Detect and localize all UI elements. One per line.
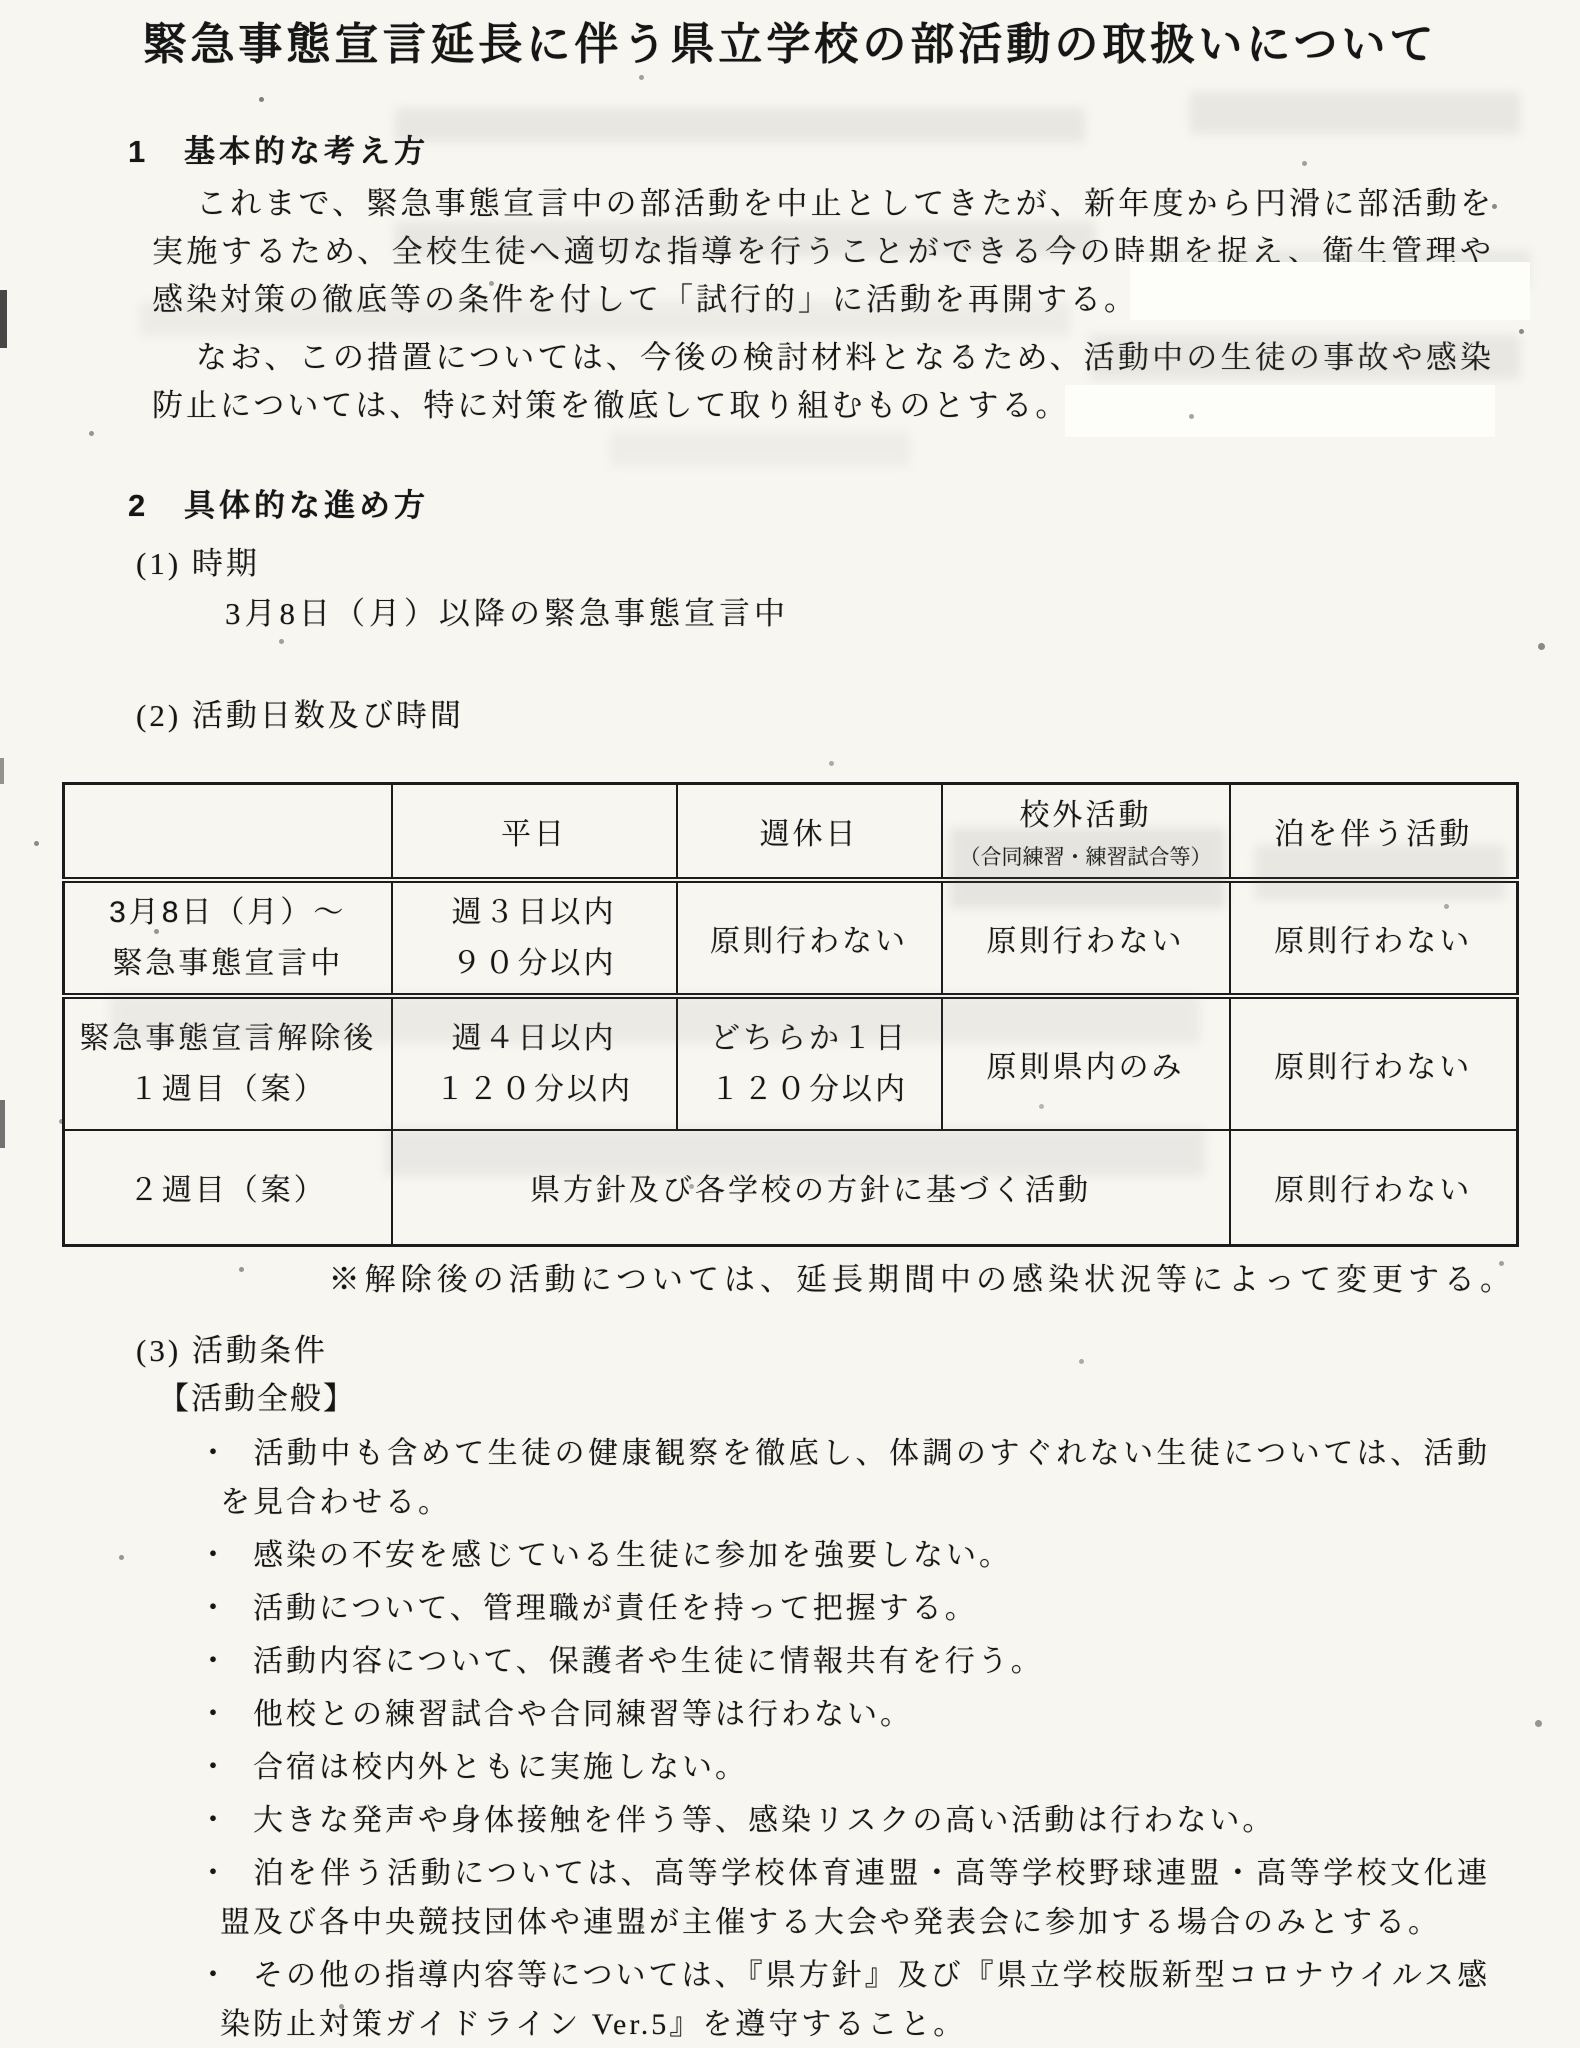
row2-offsite-cell: 原則県内のみ [942,996,1230,1130]
table-header-empty [64,784,392,880]
table-header-offsite-sub: （合同練習・練習試合等） [949,843,1223,872]
section2-number: 2 [128,486,184,526]
list-item: ・大きな発声や身体接触を伴う等、感染リスクの高い活動は行わない。 [198,1796,1490,1845]
table-header-overnight: 泊を伴う活動 [1230,784,1518,880]
list-item-text: 活動中も含めて生徒の健康観察を徹底し、体調のすぐれない生徒については、活動を見合… [220,1437,1490,1519]
row1-period-line2: 緊急事態宣言中 [71,938,385,989]
row1-weekday-cell: 週３日以内 ９０分以内 [392,880,677,996]
list-item: ・感染の不安を感じている生徒に参加を強要しない。 [198,1531,1490,1580]
list-item: ・その他の指導内容等については、『県方針』及び『県立学校版新型コロナウイルス感染… [198,1951,1490,2048]
row2-weekday-line2: １２０分以内 [399,1064,670,1115]
table-header-offsite: 校外活動 （合同練習・練習試合等） [942,784,1230,880]
document-title: 緊急事態宣言延長に伴う県立学校の部活動の取扱いについて [0,0,1580,74]
row2-period-line1: 緊急事態宣言解除後 [71,1013,385,1064]
list-item-text: 活動について、管理職が責任を持って把握する。 [253,1592,978,1625]
row2-weekday-cell: 週４日以内 １２０分以内 [392,996,677,1130]
row1-weekend-cell: 原則行わない [677,880,942,996]
list-item-text: 大きな発声や身体接触を伴う等、感染リスクの高い活動は行わない。 [253,1804,1275,1837]
table-header-weekday: 平日 [392,784,677,880]
section1-heading: 1基本的な考え方 [128,132,1580,172]
table-header-offsite-main: 校外活動 [949,790,1223,841]
row2-weekend-line1: どちらか１日 [684,1013,935,1064]
row1-period-cell: 3月8日（月）～ 緊急事態宣言中 [64,880,392,996]
list-item: ・活動内容について、保護者や生徒に情報共有を行う。 [198,1637,1490,1686]
list-item: ・他校との練習試合や合同練習等は行わない。 [198,1690,1490,1739]
bullet-icon: ・ [198,1539,231,1572]
scan-edge-mark [0,290,7,348]
item2-label: (2) 活動日数及び時間 [136,696,1580,736]
section2-heading: 2具体的な進め方 [128,486,1580,526]
row1-overnight-cell: 原則行わない [1230,880,1518,996]
bleedthrough-ghost [610,432,910,466]
bullet-icon: ・ [198,1804,231,1837]
bullet-icon: ・ [198,1698,231,1731]
bullet-icon: ・ [198,1751,231,1784]
row3-merged-policy-cell: 県方針及び各学校の方針に基づく活動 [392,1130,1230,1246]
section1-heading-label: 基本的な考え方 [184,134,429,169]
section1-paragraph2: なお、この措置については、今後の検討材料となるため、活動中の生徒の事故や感染防止… [152,334,1494,430]
activity-conditions-list: ・活動中も含めて生徒の健康観察を徹底し、体調のすぐれない生徒については、活動を見… [0,1429,1580,2048]
section1-number: 1 [128,132,184,172]
scanned-document-page: 緊急事態宣言延長に伴う県立学校の部活動の取扱いについて 1基本的な考え方 これま… [0,0,1580,2048]
scan-edge-mark [0,1100,5,1148]
row2-weekend-cell: どちらか１日 １２０分以内 [677,996,942,1130]
row1-weekday-line2: ９０分以内 [399,938,670,989]
list-item-text: 泊を伴う活動については、高等学校体育連盟・高等学校野球連盟・高等学校文化連盟及び… [220,1857,1490,1939]
table-row-week2-after-lift: ２週目（案） 県方針及び各学校の方針に基づく活動 原則行わない [64,1130,1518,1246]
table-footnote: ※解除後の活動については、延長期間中の感染状況等によって変更する。 [0,1259,1516,1301]
list-item: ・泊を伴う活動については、高等学校体育連盟・高等学校野球連盟・高等学校文化連盟及… [198,1849,1490,1947]
row2-overnight-cell: 原則行わない [1230,996,1518,1130]
activity-general-group-label: 【活動全般】 [158,1379,1580,1419]
table-row-emergency-period: 3月8日（月）～ 緊急事態宣言中 週３日以内 ９０分以内 原則行わない 原則行わ… [64,880,1518,996]
row1-offsite-cell: 原則行わない [942,880,1230,996]
list-item-text: その他の指導内容等については、『県方針』及び『県立学校版新型コロナウイルス感染防… [220,1959,1490,2041]
item3-label: (3) 活動条件 [136,1331,1580,1371]
list-item-text: 他校との練習試合や合同練習等は行わない。 [253,1698,913,1731]
bullet-icon: ・ [198,1959,231,1992]
list-item: ・活動について、管理職が責任を持って把握する。 [198,1584,1490,1633]
row1-weekday-line1: 週３日以内 [399,887,670,938]
row2-period-cell: 緊急事態宣言解除後 １週目（案） [64,996,392,1130]
list-item: ・合宿は校内外ともに実施しない。 [198,1743,1490,1792]
row3-period-cell: ２週目（案） [64,1130,392,1246]
bullet-icon: ・ [198,1857,231,1890]
section1-paragraph1: これまで、緊急事態宣言中の部活動を中止としてきたが、新年度から円滑に部活動を実施… [152,180,1494,324]
bullet-icon: ・ [198,1592,231,1625]
bullet-icon: ・ [198,1645,231,1678]
item1-label: (1) 時期 [136,544,1580,584]
section2-heading-label: 具体的な進め方 [184,488,429,523]
row3-overnight-cell: 原則行わない [1230,1130,1518,1246]
table-header-row: 平日 週休日 校外活動 （合同練習・練習試合等） 泊を伴う活動 [64,784,1518,880]
bullet-icon: ・ [198,1437,231,1470]
list-item-text: 合宿は校内外ともに実施しない。 [253,1751,748,1784]
row2-weekday-line1: 週４日以内 [399,1013,670,1064]
table-header-weekend: 週休日 [677,784,942,880]
list-item-text: 活動内容について、保護者や生徒に情報共有を行う。 [253,1645,1044,1678]
activity-schedule-table: 平日 週休日 校外活動 （合同練習・練習試合等） 泊を伴う活動 3月8日（月）～… [62,782,1519,1247]
list-item: ・活動中も含めて生徒の健康観察を徹底し、体調のすぐれない生徒については、活動を見… [198,1429,1490,1527]
list-item-text: 感染の不安を感じている生徒に参加を強要しない。 [253,1539,1012,1572]
row2-period-line2: １週目（案） [71,1064,385,1115]
table-row-week1-after-lift: 緊急事態宣言解除後 １週目（案） 週４日以内 １２０分以内 どちらか１日 １２０… [64,996,1518,1130]
row1-period-line1: 3月8日（月）～ [71,887,385,938]
bleedthrough-ghost [1190,92,1520,134]
scan-edge-mark [0,758,4,784]
row2-weekend-line2: １２０分以内 [684,1064,935,1115]
item1-body: 3月8日（月）以降の緊急事態宣言中 [225,594,1580,634]
